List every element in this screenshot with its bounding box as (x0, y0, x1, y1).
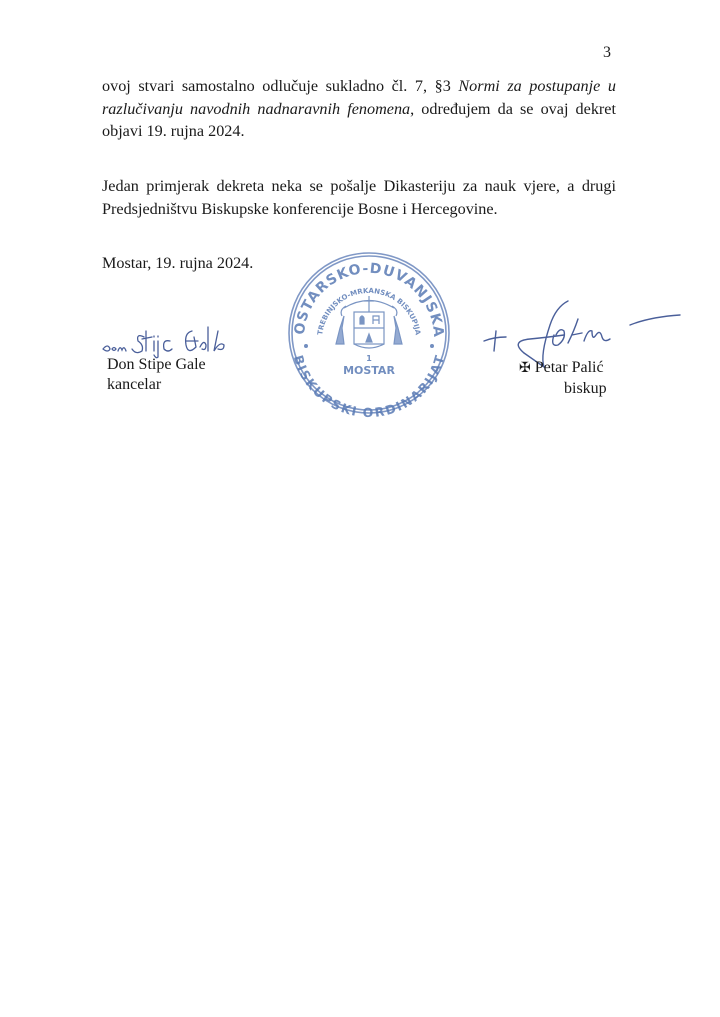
bishop-block: ✠Petar Palić biskup (519, 358, 607, 399)
paragraph-decree-publication: ovoj stvari samostalno odlučuje sukladno… (102, 75, 616, 143)
chancellor-name: Don Stipe Gale (107, 355, 206, 375)
maltese-cross-icon: ✠ (519, 361, 531, 376)
bishop-name: Petar Palić (535, 359, 604, 376)
stamp-text-center: MOSTAR (343, 364, 395, 377)
italic-title: Normi za postupanje u (458, 77, 616, 95)
paragraph-line: Predsjedništvu Biskupske konferencije Bo… (102, 198, 616, 221)
place-date: Mostar, 19. rujna 2024. (102, 254, 253, 273)
page-number: 3 (603, 44, 611, 62)
official-stamp: MOSTARSKO-DUVANJSKA I TREBINJSKO-MRKANSK… (284, 248, 454, 418)
text-run: ovoj stvari samostalno odlučuje sukladno… (102, 77, 458, 95)
chancellor-title: kancelar (107, 375, 206, 395)
paragraph-line: razlučivanju navodnih nadnaravnih fenome… (102, 98, 616, 121)
chancellor-block: Don Stipe Gale kancelar (107, 355, 206, 395)
bishop-title: biskup (519, 379, 607, 399)
paragraph-line: objavi 19. rujna 2024. (102, 120, 616, 143)
signature-chancellor (100, 323, 240, 359)
paragraph-line: Jedan primjerak dekreta neka se pošalje … (102, 175, 616, 198)
paragraph-copies: Jedan primjerak dekreta neka se pošalje … (102, 175, 616, 220)
text-run: , određujem da se ovaj dekret (410, 100, 616, 118)
paragraph-line: ovoj stvari samostalno odlučuje sukladno… (102, 75, 616, 98)
stamp-number: 1 (366, 354, 372, 363)
coat-of-arms-icon (336, 296, 402, 348)
italic-title: razlučivanju navodnih nadnaravnih fenome… (102, 100, 410, 118)
